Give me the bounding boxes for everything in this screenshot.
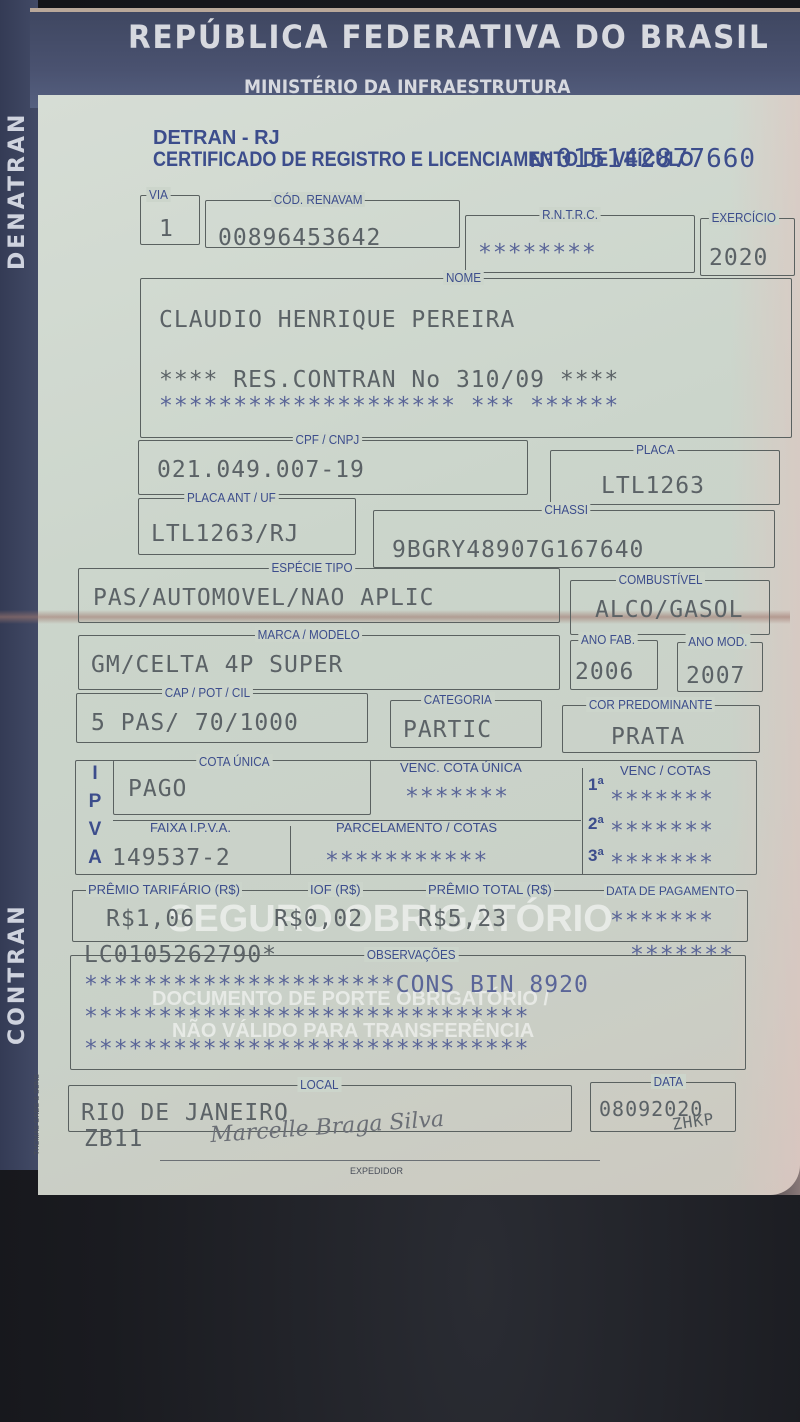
footer-code: ZB11 bbox=[84, 1126, 143, 1152]
field-label: COR PREDOMINANTE bbox=[586, 697, 715, 712]
premio-tarifario-value: R$1,06 bbox=[106, 906, 195, 932]
parcelamento-label: PARCELAMENTO / COTAS bbox=[336, 820, 497, 835]
iof-value: R$0,02 bbox=[274, 906, 363, 932]
ordinal: 1ª bbox=[588, 775, 604, 795]
field-label: COMBUSTÍVEL bbox=[616, 572, 705, 587]
venc-cota-unica-label: VENC. COTA ÚNICA bbox=[400, 760, 522, 775]
number-value: 015142877660 bbox=[556, 144, 756, 174]
field-value: PRATA bbox=[611, 724, 685, 750]
field-value: 2007 bbox=[686, 663, 745, 689]
field-value: 1 bbox=[159, 216, 174, 242]
side-label-contran: CONTRAN bbox=[5, 903, 30, 1045]
header-title: REPÚBLICA FEDERATIVA DO BRASIL bbox=[128, 18, 770, 56]
field-label: PLACA ANT / UF bbox=[184, 490, 278, 505]
ipva-letter: V bbox=[80, 816, 110, 844]
field-chassi: CHASSI 9BGRY48907G167640 bbox=[373, 510, 775, 568]
side-band: DENATRAN CONTRAN bbox=[0, 0, 38, 1170]
premio-tarifario-label: PRÊMIO TARIFÁRIO (R$) bbox=[86, 882, 242, 897]
field-ano-fab: ANO FAB. 2006 bbox=[570, 640, 658, 690]
issuer-label: DETRAN - RJ bbox=[153, 127, 280, 150]
field-placa: PLACA LTL1263 bbox=[550, 450, 780, 505]
field-ano-mod: ANO MOD. 2007 bbox=[677, 642, 763, 692]
field-rntrc: R.N.T.R.C. ******** bbox=[465, 215, 695, 273]
field-label: ANO FAB. bbox=[578, 632, 637, 647]
field-placa-ant: PLACA ANT / UF LTL1263/RJ bbox=[138, 498, 356, 555]
nome-line-2: **** RES.CONTRAN No 310/09 **** bbox=[159, 367, 619, 393]
field-label: EXERCÍCIO bbox=[709, 210, 779, 225]
ipva-letter: A bbox=[80, 844, 110, 872]
field-value: 021.049.007-19 bbox=[157, 457, 365, 483]
field-renavam: CÓD. RENAVAM 00896453642 bbox=[205, 200, 460, 248]
faixa-ipva-label: FAIXA I.P.V.A. bbox=[150, 820, 231, 835]
nome-line-3: ******************** *** ****** bbox=[159, 393, 619, 419]
field-label: VIA bbox=[146, 187, 170, 202]
field-label: CHASSI bbox=[542, 502, 591, 517]
premio-total-value: R$5,23 bbox=[418, 906, 507, 932]
premio-total-label: PRÊMIO TOTAL (R$) bbox=[426, 882, 554, 897]
cota-1-value: ******* bbox=[610, 787, 714, 813]
cota-3-value: ******* bbox=[610, 850, 714, 876]
field-label: ESPÉCIE TIPO bbox=[269, 560, 355, 575]
ipva-vertical-label: I P V A bbox=[80, 760, 110, 872]
field-value: PAS/AUTOMOVEL/NAO APLIC bbox=[93, 585, 435, 611]
observacoes-line-2: ****************************** bbox=[84, 1004, 529, 1030]
iof-label: IOF (R$) bbox=[308, 882, 363, 897]
observacoes-line-1: *********************CONS BIN 8920 bbox=[84, 972, 589, 998]
field-value: 9BGRY48907G167640 bbox=[392, 537, 644, 563]
vehicle-registration-document: DENATRAN CONTRAN REPÚBLICA FEDERATIVA DO… bbox=[0, 0, 800, 1200]
field-especie: ESPÉCIE TIPO PAS/AUTOMOVEL/NAO APLIC bbox=[78, 568, 560, 623]
ipva-letter: I bbox=[80, 760, 110, 788]
field-label: R.N.T.R.C. bbox=[539, 207, 600, 222]
venc-cotas-label: VENC / COTAS bbox=[620, 763, 711, 778]
divider bbox=[582, 768, 583, 875]
field-label: PLACA bbox=[633, 442, 677, 457]
venc-cota-unica-value: ******* bbox=[405, 784, 509, 810]
observacoes-line-3: ****************************** bbox=[84, 1036, 529, 1062]
signature-line bbox=[160, 1160, 600, 1161]
ipva-letter: P bbox=[80, 788, 110, 816]
field-label: DATA bbox=[651, 1074, 686, 1089]
field-value: 2006 bbox=[575, 659, 634, 685]
field-label: CAP / POT / CIL bbox=[162, 685, 253, 700]
printer-label: THOMAS GREG & SONS bbox=[34, 1074, 41, 1155]
field-value: LTL1263/RJ bbox=[151, 521, 299, 547]
data-pagamento-value: ******* bbox=[610, 908, 714, 934]
field-label: COTA ÚNICA bbox=[196, 754, 272, 769]
field-value: ******** bbox=[478, 240, 597, 266]
side-label-denatran: DENATRAN bbox=[5, 112, 30, 270]
field-label: LOCAL bbox=[297, 1077, 341, 1092]
divider bbox=[290, 826, 291, 875]
field-label: CATEGORIA bbox=[421, 692, 494, 707]
field-label: ANO MOD. bbox=[686, 634, 751, 649]
field-label: OBSERVAÇÕES bbox=[364, 947, 458, 962]
field-label: CPF / CNPJ bbox=[293, 432, 362, 447]
field-via: VIA 1 bbox=[140, 195, 200, 245]
field-value: 00896453642 bbox=[218, 225, 381, 251]
certificate-number: Nº 015142877660 bbox=[530, 144, 756, 174]
expedidor-label: EXPEDIDOR bbox=[350, 1166, 403, 1176]
field-value: 5 PAS/ 70/1000 bbox=[91, 710, 299, 736]
ordinal: 2ª bbox=[588, 814, 604, 834]
field-marca-modelo: MARCA / MODELO GM/CELTA 4P SUPER bbox=[78, 635, 560, 690]
field-value: GM/CELTA 4P SUPER bbox=[91, 652, 343, 678]
field-value: ALCO/GASOL bbox=[595, 597, 743, 623]
field-value: LTL1263 bbox=[601, 473, 705, 499]
cota-2-value: ******* bbox=[610, 818, 714, 844]
parcelamento-value: *********** bbox=[325, 848, 488, 874]
field-exercicio: EXERCÍCIO 2020 bbox=[700, 218, 795, 276]
field-label: CÓD. RENAVAM bbox=[271, 192, 365, 207]
ordinal: 3ª bbox=[588, 846, 604, 866]
ipva-cota-unica: COTA ÚNICA PAGO bbox=[113, 760, 371, 815]
field-value: PARTIC bbox=[403, 717, 492, 743]
number-label: Nº bbox=[530, 150, 552, 172]
field-value: PAGO bbox=[128, 776, 187, 802]
field-categoria: CATEGORIA PARTIC bbox=[390, 700, 542, 748]
field-cpf: CPF / CNPJ 021.049.007-19 bbox=[138, 440, 528, 495]
field-label: NOME bbox=[443, 270, 484, 285]
faixa-ipva-value: 149537-2 bbox=[112, 845, 231, 871]
owner-name: CLAUDIO HENRIQUE PEREIRA bbox=[159, 307, 515, 333]
field-cap-pot-cil: CAP / POT / CIL 5 PAS/ 70/1000 bbox=[76, 693, 368, 743]
seguro-watermark: SEGURO OBRIGATÓRIO bbox=[168, 898, 613, 941]
field-label: MARCA / MODELO bbox=[255, 627, 362, 642]
field-value: 2020 bbox=[709, 245, 768, 271]
field-combustivel: COMBUSTÍVEL ALCO/GASOL bbox=[570, 580, 770, 635]
data-pagamento-label: DATA DE PAGAMENTO bbox=[604, 884, 736, 898]
field-nome: NOME CLAUDIO HENRIQUE PEREIRA **** RES.C… bbox=[140, 278, 792, 438]
field-cor: COR PREDOMINANTE PRATA bbox=[562, 705, 760, 753]
